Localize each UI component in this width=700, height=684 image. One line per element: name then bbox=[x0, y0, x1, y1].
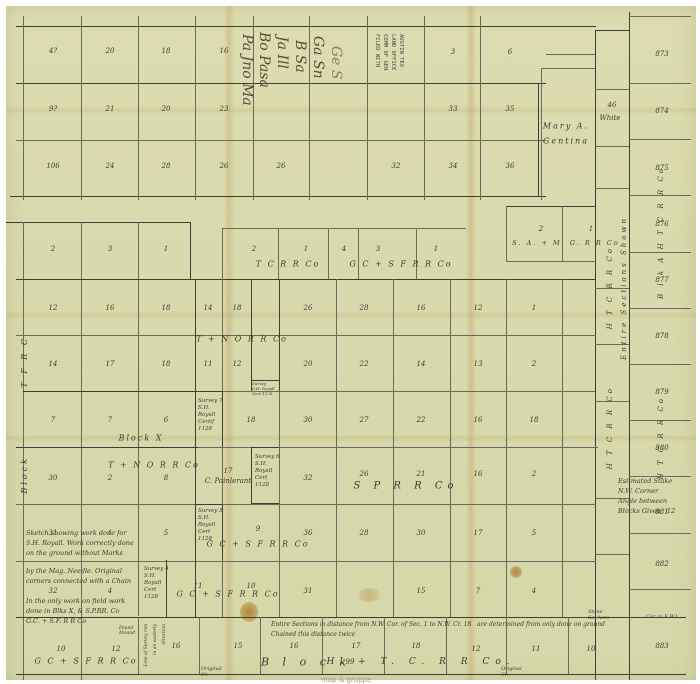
grid-line bbox=[138, 16, 139, 200]
section-number: 8 bbox=[164, 474, 168, 482]
grid-line bbox=[450, 279, 451, 617]
grid-line bbox=[251, 503, 279, 504]
grid-line bbox=[629, 364, 691, 365]
signature: B Sa bbox=[292, 40, 308, 73]
grid-line bbox=[222, 228, 466, 229]
section-number: 28 bbox=[162, 162, 171, 170]
grid-line bbox=[16, 447, 198, 448]
grid-line bbox=[16, 140, 546, 141]
grid-line bbox=[629, 16, 691, 17]
sketch-note: Sketch showing work done for S.H. Royall… bbox=[26, 528, 134, 558]
annotation-vertical: in an easterly bbox=[153, 624, 158, 655]
section-number: 4 bbox=[342, 245, 346, 253]
section-number: 18 bbox=[530, 416, 539, 424]
section-number: 4 bbox=[108, 587, 112, 595]
section-number: 6 bbox=[508, 48, 512, 56]
grid-line bbox=[629, 12, 630, 680]
section-number: 13 bbox=[474, 360, 483, 368]
chained-note: Chained this distance twice bbox=[271, 630, 355, 640]
grid-line bbox=[595, 554, 629, 555]
section-number: 26 bbox=[360, 470, 369, 478]
section-number: 15 bbox=[417, 587, 426, 595]
railroad-label: S P R R Co bbox=[353, 481, 458, 492]
section-number: 4 bbox=[532, 587, 536, 595]
section-number: 106 bbox=[46, 162, 59, 170]
stone-note: Stone Set here bbox=[588, 609, 610, 621]
section-number: 7 bbox=[476, 587, 480, 595]
annotation-vertical: Entire Sections Shown bbox=[620, 216, 628, 360]
survey-box-label: Survey S.H. Royall Cert 1128 bbox=[252, 381, 275, 396]
section-number: 26 bbox=[277, 162, 286, 170]
section-number: 6 bbox=[164, 416, 168, 424]
annotation-vertical: Line of Survey run bbox=[144, 624, 149, 666]
grid-line bbox=[222, 279, 223, 617]
section-number: 20 bbox=[304, 360, 313, 368]
section-number: 17 bbox=[352, 642, 361, 650]
section-number: 9 bbox=[256, 525, 260, 533]
block-label-vertical: T F R C bbox=[20, 336, 29, 388]
grid-line bbox=[424, 16, 425, 200]
grid-line bbox=[629, 308, 691, 309]
filing-stamp: COMM OF GEN bbox=[382, 34, 388, 70]
section-number: 20 bbox=[162, 105, 171, 113]
section-number: 12 bbox=[472, 645, 481, 653]
section-number: 883 bbox=[655, 642, 668, 650]
grid-line bbox=[81, 16, 82, 200]
paper-sheet: 4? 20 18 16 3 6 9? 21 20 23 33 35 106 24… bbox=[6, 6, 696, 680]
railroad-label: G C + S F R R Co bbox=[206, 540, 309, 549]
grid-line bbox=[251, 447, 279, 448]
survey-box-label: Survey 5 S.H. Royall Cert 1128 bbox=[198, 508, 223, 543]
section-number: 22 bbox=[360, 360, 369, 368]
section-number: 28 bbox=[360, 304, 369, 312]
section-number: 11 bbox=[194, 582, 203, 590]
grid-line bbox=[328, 228, 329, 279]
grid-line bbox=[279, 391, 280, 617]
grid-line bbox=[506, 279, 507, 617]
section-number: 33 bbox=[449, 105, 458, 113]
railroad-label: G C + S F R R Co bbox=[176, 590, 279, 599]
survey-box-label: Survey 6 S.H. Royall Cert 1128 bbox=[255, 454, 280, 489]
section-number: 16 bbox=[290, 642, 299, 650]
section-number: 12 bbox=[474, 304, 483, 312]
section-number: 17 bbox=[474, 529, 483, 537]
filing-stamp: AUSTIN TEX bbox=[398, 34, 404, 67]
grid-line bbox=[595, 30, 629, 31]
section-number: 1 bbox=[532, 304, 536, 312]
grid-line bbox=[506, 261, 596, 262]
grid-line bbox=[393, 279, 394, 617]
section-number: 4? bbox=[49, 47, 57, 55]
section-number: 2 bbox=[532, 470, 536, 478]
grid-line bbox=[138, 222, 139, 616]
grid-line bbox=[336, 279, 337, 617]
section-number: 26 bbox=[220, 162, 229, 170]
grid-line bbox=[138, 617, 139, 674]
grid-line bbox=[23, 16, 24, 200]
section-number: 879 bbox=[655, 388, 668, 396]
block-label: Block X bbox=[119, 434, 164, 443]
grid-line bbox=[195, 279, 196, 617]
section-number: 28 bbox=[360, 529, 369, 537]
grid-line bbox=[595, 30, 596, 680]
fold-crease bbox=[6, 434, 696, 442]
section-number: 12 bbox=[112, 645, 121, 653]
grid-line bbox=[10, 196, 546, 197]
grid-line bbox=[195, 391, 223, 392]
section-number: 32 bbox=[49, 587, 58, 595]
section-number: 874 bbox=[655, 107, 668, 115]
section-number: 23 bbox=[220, 105, 229, 113]
section-number: 34 bbox=[449, 162, 458, 170]
filing-stamp: LAND OFFICE bbox=[390, 34, 396, 70]
signature: Ga Sn bbox=[310, 36, 326, 79]
owner-label: C. Poinlerant bbox=[205, 477, 251, 485]
signature: Ja Ill bbox=[274, 36, 290, 69]
grid-line bbox=[195, 504, 223, 505]
section-number: 9? bbox=[49, 105, 57, 113]
section-number: 18 bbox=[247, 416, 256, 424]
section-number: 24 bbox=[106, 162, 115, 170]
block-label-vertical: H T C R R Co bbox=[606, 246, 614, 329]
grid-line bbox=[595, 146, 629, 147]
section-number: 12 bbox=[49, 304, 58, 312]
section-number: 11 bbox=[532, 645, 541, 653]
section-number: 16 bbox=[474, 416, 483, 424]
fold-crease bbox=[6, 311, 696, 319]
signature: Pa Jno Ma bbox=[239, 34, 255, 106]
grid-line bbox=[16, 26, 596, 27]
signature: Ge S bbox=[328, 46, 344, 80]
section-number: 2 bbox=[108, 474, 112, 482]
section-number: 36 bbox=[304, 529, 313, 537]
mound-note: Found Mound bbox=[119, 626, 135, 636]
grid-line bbox=[358, 228, 359, 279]
railroad-label: T C R R Co bbox=[256, 260, 321, 269]
railroad-label: G C + S F R R Co bbox=[349, 260, 452, 269]
section-number: 10 bbox=[587, 645, 596, 653]
grid-line bbox=[541, 68, 542, 200]
railroad-label: T + N O R R Co bbox=[196, 335, 288, 344]
distance-note: Entire Sections in distance from N.W. Co… bbox=[271, 620, 605, 630]
estimated-stake-note: Estimated Stake N.W. Corner Angle betwee… bbox=[618, 476, 675, 516]
section-number: 16 bbox=[417, 304, 426, 312]
grid-line bbox=[562, 279, 563, 617]
section-number: 46 bbox=[608, 101, 617, 109]
corner-note: Cor. in E.W.L. bbox=[646, 614, 680, 620]
original-corner-note: Original Cr. bbox=[201, 666, 222, 678]
section-number: 18 bbox=[162, 360, 171, 368]
survey-box-label: Survey 4 S.H. Royall Cert 1128 bbox=[144, 566, 169, 601]
section-number: 21 bbox=[106, 105, 115, 113]
owner-label: Mary A. bbox=[543, 122, 589, 131]
section-number: 882 bbox=[655, 560, 668, 568]
field-work-note: In the only work on field work done in B… bbox=[26, 596, 125, 626]
section-number: 16 bbox=[172, 642, 181, 650]
grid-line bbox=[23, 391, 195, 392]
grid-line bbox=[629, 589, 691, 590]
grid-line bbox=[595, 89, 629, 90]
section-number: 10 bbox=[57, 645, 66, 653]
section-number: 18 bbox=[162, 304, 171, 312]
grid-line bbox=[629, 533, 691, 534]
railroad-label: T + N O R R Co bbox=[108, 461, 200, 470]
grid-line bbox=[195, 16, 196, 200]
section-number: 27 bbox=[360, 416, 369, 424]
signature: Bo Pasa bbox=[256, 32, 272, 88]
section-number: 20 bbox=[106, 47, 115, 55]
section-number: 1 bbox=[164, 245, 168, 253]
section-number: 878 bbox=[655, 332, 668, 340]
section-number: 2 bbox=[252, 245, 256, 253]
water-stain bbox=[510, 566, 522, 578]
section-number: 18 bbox=[233, 304, 242, 312]
grid-line bbox=[199, 617, 200, 674]
grid-line bbox=[16, 83, 546, 84]
block-label-vertical: Block bbox=[20, 456, 29, 494]
section-number: 31 bbox=[304, 587, 313, 595]
section-number: 1 bbox=[589, 225, 593, 233]
section-number: 35 bbox=[506, 105, 515, 113]
section-number: 32 bbox=[304, 474, 313, 482]
grid-line bbox=[16, 561, 596, 562]
grid-line bbox=[16, 504, 596, 505]
grid-line bbox=[480, 16, 481, 200]
original-corners-note: by the Mag. Needle. Original corners con… bbox=[26, 566, 131, 586]
section-number: 3 bbox=[376, 245, 380, 253]
section-number: 15 bbox=[234, 642, 243, 650]
grid-line bbox=[190, 222, 191, 279]
section-number: 30 bbox=[49, 474, 58, 482]
section-number: 30 bbox=[304, 416, 313, 424]
railroad-label: S. A. + M. G. R R Co bbox=[512, 239, 619, 247]
section-number: 10 bbox=[247, 582, 256, 590]
section-number: 3 bbox=[451, 48, 455, 56]
filing-stamp: FILED WITH bbox=[374, 34, 380, 67]
grid-line bbox=[16, 279, 596, 280]
block-label-vertical: H T C R R Co bbox=[657, 396, 665, 479]
section-number: 1 bbox=[434, 245, 438, 253]
owner-label: Gentina bbox=[543, 137, 589, 146]
water-stain bbox=[240, 602, 258, 622]
section-number: 16 bbox=[106, 304, 115, 312]
section-number: 873 bbox=[655, 50, 668, 58]
grid-line bbox=[538, 83, 539, 197]
block-label-vertical: B l k A H T C R R Co bbox=[657, 166, 665, 299]
section-number: 14 bbox=[204, 304, 213, 312]
railroad-label: G C + S F R R Co bbox=[34, 657, 137, 666]
section-number: 22 bbox=[417, 416, 426, 424]
grid-line bbox=[595, 188, 629, 189]
water-stain bbox=[358, 588, 380, 602]
section-number: 17 bbox=[224, 467, 233, 475]
original-corner-note: Original Cr. bbox=[501, 666, 522, 678]
grid-line bbox=[506, 206, 507, 261]
section-number: 16 bbox=[220, 47, 229, 55]
grid-line bbox=[251, 447, 252, 503]
grid-line bbox=[562, 206, 563, 261]
section-number: 14 bbox=[49, 360, 58, 368]
grid-line bbox=[629, 139, 691, 140]
section-number: 1 bbox=[304, 245, 308, 253]
section-number: 18 bbox=[162, 47, 171, 55]
grid-line bbox=[16, 674, 686, 675]
section-number: 16 bbox=[474, 470, 483, 478]
section-number: 2 bbox=[532, 360, 536, 368]
section-number: 5 bbox=[532, 529, 536, 537]
section-number: 2 bbox=[539, 225, 543, 233]
grid-line bbox=[546, 54, 596, 55]
grid-line bbox=[23, 222, 24, 680]
section-number: 21 bbox=[417, 470, 426, 478]
section-number: 3 bbox=[108, 245, 112, 253]
section-number: 30 bbox=[417, 529, 426, 537]
grid-line bbox=[278, 228, 279, 279]
section-number: 7 bbox=[108, 416, 112, 424]
section-number: 12 bbox=[233, 360, 242, 368]
section-number: 11 bbox=[204, 360, 213, 368]
section-number: 5 bbox=[164, 529, 168, 537]
section-number: 36 bbox=[506, 162, 515, 170]
grid-line bbox=[416, 228, 417, 279]
grid-line bbox=[367, 16, 368, 200]
section-number: 18 bbox=[412, 642, 421, 650]
owner-label: White bbox=[600, 114, 621, 122]
grid-line bbox=[16, 335, 596, 336]
annotation-vertical: direction bbox=[162, 624, 167, 645]
grid-line bbox=[541, 68, 596, 69]
section-number: 17 bbox=[106, 360, 115, 368]
railroad-label: H. + T. C. R R Co. bbox=[327, 657, 516, 667]
section-number: 32 bbox=[392, 162, 401, 170]
block-label-vertical: H T C R R Co bbox=[606, 386, 614, 469]
grid-line bbox=[506, 206, 596, 207]
grid-line bbox=[6, 222, 190, 223]
section-number: 26 bbox=[304, 304, 313, 312]
survey-map: 4? 20 18 16 3 6 9? 21 20 23 33 35 106 24… bbox=[0, 0, 700, 684]
watermark: map & gruppe bbox=[321, 676, 371, 684]
section-number: 2 bbox=[51, 245, 55, 253]
grid-line bbox=[629, 83, 691, 84]
survey-box-label: Survey 7 S.H. Royall Certif 1128 bbox=[198, 398, 223, 433]
section-number: 7 bbox=[51, 416, 55, 424]
grid-line bbox=[222, 228, 223, 279]
section-number: 14 bbox=[417, 360, 426, 368]
